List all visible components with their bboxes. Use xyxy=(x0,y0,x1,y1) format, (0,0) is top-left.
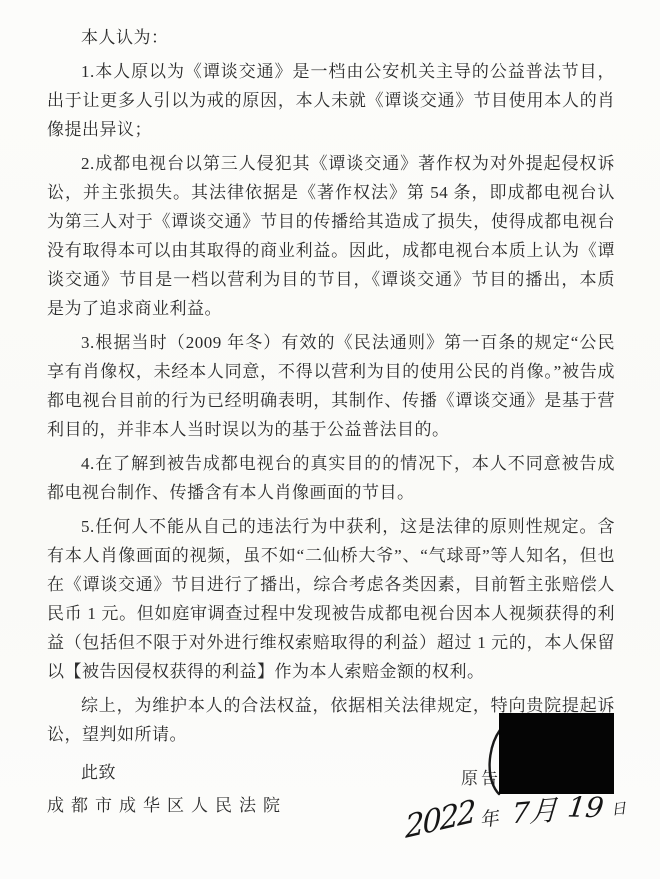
claim-paragraph-3: 3.根据当时（2009 年冬）有效的《民法通则》第一百条的规定“公民享有肖像权，… xyxy=(47,328,615,444)
claim-paragraph-1: 1.本人原以为《谭谈交通》是一档由公安机关主导的公益普法节目，出于让更多人引以为… xyxy=(47,57,615,144)
document-body: 本人认为： 1.本人原以为《谭谈交通》是一档由公安机关主导的公益普法节目，出于让… xyxy=(0,0,660,820)
claim-paragraph-4: 4.在了解到被告成都电视台的真实目的的情况下，本人不同意被告成都电视台制作、传播… xyxy=(47,449,615,507)
claim-paragraph-5: 5.任何人不能从自己的违法行为中获利，这是法律的原则性规定。含有本人肖像画面的视… xyxy=(47,512,615,686)
closing-paragraph: 综上，为维护本人的合法权益，依据相关法律规定，特向贵院提起诉讼，望判如所请。 xyxy=(47,691,615,749)
intro-line: 本人认为： xyxy=(47,23,615,52)
claim-paragraph-2: 2.成都电视台以第三人侵犯其《谭谈交通》著作权为对外提起侵权诉讼，并主张损失。其… xyxy=(47,149,615,323)
salutation-line: 此致 xyxy=(47,758,615,787)
court-name-line: 成都市成华区人民法院 xyxy=(47,791,615,820)
scanned-legal-document-page: 本人认为： 1.本人原以为《谭谈交通》是一档由公安机关主导的公益普法节目，出于让… xyxy=(0,0,660,879)
